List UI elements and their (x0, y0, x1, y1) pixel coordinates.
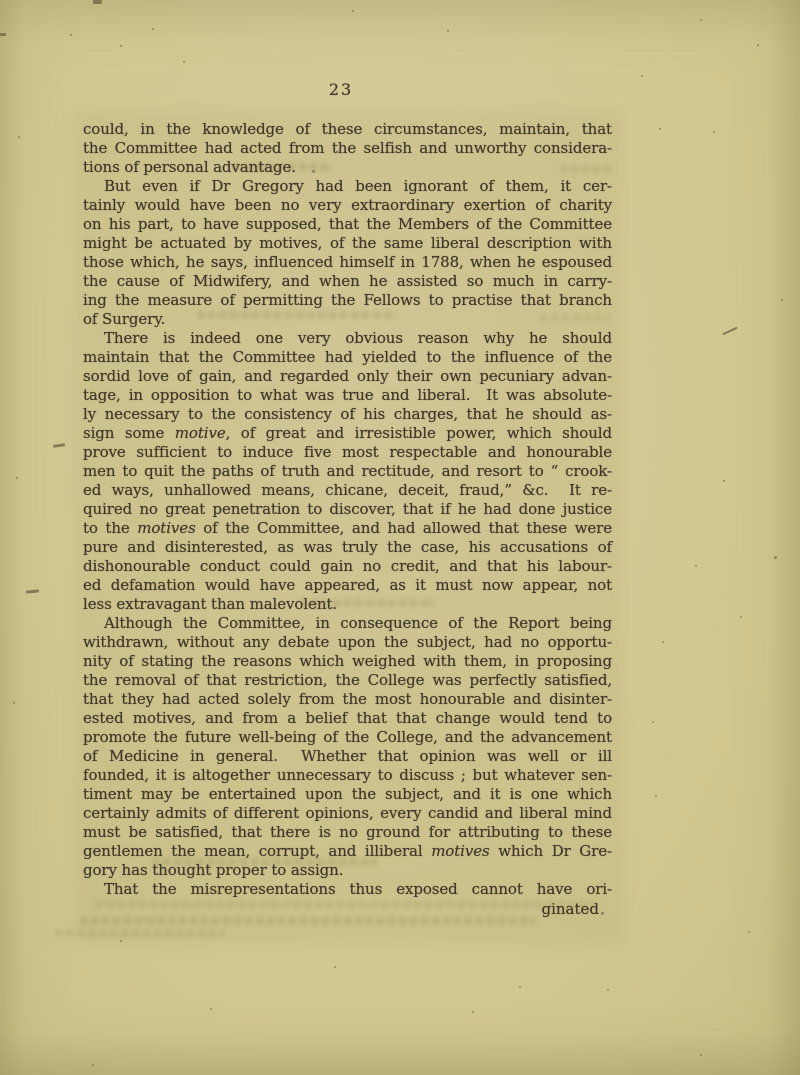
text-line: gory has thought proper to assign. (83, 861, 612, 880)
paper-speck (183, 61, 185, 63)
text-line: certainly admits of different opinions, … (83, 804, 612, 823)
pen-mark (722, 327, 737, 336)
text-line: sign some motive, of great and irresisti… (83, 424, 612, 443)
catchword-row: ginated (83, 900, 612, 919)
paper-speck (740, 616, 742, 618)
text-line: tainly would have been no very extraordi… (83, 196, 612, 215)
paper-speck (18, 136, 20, 138)
text-line: the cause of Midwifery, and when he assi… (83, 272, 612, 291)
paper-speck (92, 1064, 94, 1066)
paper-speck (16, 477, 18, 479)
text-line: men to quit the paths of truth and recti… (83, 462, 612, 481)
text-line: the removal of that restriction, the Col… (83, 671, 612, 690)
text-line: promote the future well-being of the Col… (83, 728, 612, 747)
text-line: might be actuated by motives, of the sam… (83, 234, 612, 253)
text-line: prove sufficient to induce five most res… (83, 443, 612, 462)
text-line: Although the Committee, in consequence o… (83, 614, 612, 633)
page-number: 23 (83, 80, 599, 99)
paper-speck (120, 45, 122, 47)
pen-mark (26, 589, 39, 593)
ink-smudge (93, 0, 102, 4)
text-line: tions of personal advantage. (83, 158, 612, 177)
text-line: That the misrepresentations thus exposed… (83, 880, 612, 899)
text-line: But even if Dr Gregory had been ignorant… (83, 177, 612, 196)
paper-speck (700, 1054, 702, 1056)
text-line: of Surgery. (83, 310, 612, 329)
paper-speck (152, 28, 154, 30)
paper-speck (472, 1011, 474, 1013)
text-line: founded, it is altogether unnecessary to… (83, 766, 612, 785)
paper-speck (723, 480, 725, 482)
paper-speck (695, 565, 697, 567)
pen-mark (0, 33, 6, 36)
text-line: ed ways, unhallowed means, chicane, dece… (83, 481, 612, 500)
paper-speck (70, 34, 72, 36)
text-line: tage, in opposition to what was true and… (83, 386, 612, 405)
paper-speck (641, 75, 643, 77)
paper-speck (334, 966, 336, 968)
text-line: nity of stating the reasons which weighe… (83, 652, 612, 671)
text-line: ing the measure of permitting the Fellow… (83, 291, 612, 310)
text-line: ed defamation would have appeared, as it… (83, 576, 612, 595)
paper-speck (774, 556, 777, 559)
text-line: gentlemen the mean, corrupt, and illiber… (83, 842, 612, 861)
paper-speck (781, 299, 783, 301)
text-line: of Medicine in general. Whether that opi… (83, 747, 612, 766)
paper-speck (659, 128, 661, 130)
text-line: ested motives, and from a belief that th… (83, 709, 612, 728)
scanned-book-page: 23 could, in the knowledge of these circ… (0, 0, 800, 1075)
pen-mark (53, 443, 65, 448)
text-line: to the motives of the Committee, and had… (83, 519, 612, 538)
text-line: could, in the knowledge of these circums… (83, 120, 612, 139)
text-line: those which, he says, influenced himself… (83, 253, 612, 272)
text-line: that they had acted solely from the most… (83, 690, 612, 709)
paper-speck (210, 1008, 212, 1010)
paper-speck (447, 30, 449, 32)
bleed-through-mark (55, 930, 225, 937)
paper-speck (312, 170, 315, 173)
text-block: could, in the knowledge of these circums… (83, 120, 612, 899)
catchword: ginated (541, 900, 599, 918)
paper-speck (662, 641, 664, 643)
text-line: the Committee had acted from the selfish… (83, 139, 612, 158)
paper-speck (713, 131, 715, 133)
text-line: ly necessary to the consistency of his c… (83, 405, 612, 424)
paper-speck (352, 10, 354, 12)
paper-speck (655, 795, 657, 797)
text-line: maintain that the Committee had yielded … (83, 348, 612, 367)
paper-speck (13, 702, 15, 704)
text-line: quired no great penetration to discover,… (83, 500, 612, 519)
text-line: must be satisfied, that there is no grou… (83, 823, 612, 842)
paper-speck (757, 44, 759, 46)
text-line: pure and disinterested, as was truly the… (83, 538, 612, 557)
paper-speck (607, 989, 609, 991)
text-line: timent may be entertained upon the subje… (83, 785, 612, 804)
text-line: There is indeed one very obvious reason … (83, 329, 612, 348)
text-line: sordid love of gain, and regarded only t… (83, 367, 612, 386)
text-line: on his part, to have supposed, that the … (83, 215, 612, 234)
text-line: withdrawn, without any debate upon the s… (83, 633, 612, 652)
paper-speck (601, 912, 604, 915)
paper-speck (519, 986, 521, 988)
paper-speck (652, 721, 654, 723)
paper-speck (748, 931, 750, 933)
text-line: less extravagant than malevolent. (83, 595, 612, 614)
paper-speck (120, 940, 122, 942)
text-line: dishonourable conduct could gain no cred… (83, 557, 612, 576)
paper-speck (700, 19, 702, 21)
